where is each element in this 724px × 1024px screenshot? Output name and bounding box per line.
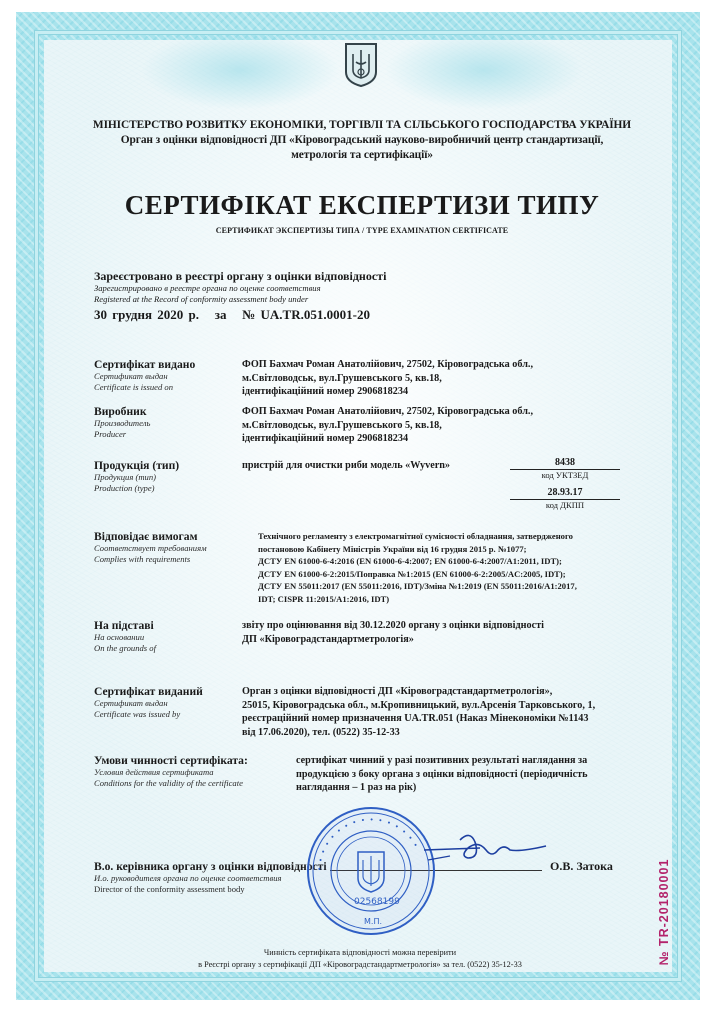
registration-number: № UA.TR.051.0001-20	[242, 307, 370, 322]
registration-label-ru: Зарегистрировано в реестре органа по оце…	[94, 283, 386, 294]
ornament-left	[140, 30, 340, 110]
issued-to-line: м.Світловодськ, вул.Грушевського 5, кв.1…	[242, 372, 642, 386]
issued-to-label-ru: Сертификат выдан	[94, 371, 264, 382]
complies-label: Відповідає вимогам Соответствует требова…	[94, 530, 264, 565]
body-name-line2: метрологія та сертифікації»	[60, 148, 664, 163]
ministry-name: МІНІСТЕРСТВО РОЗВИТКУ ЕКОНОМІКИ, ТОРГІВЛ…	[60, 118, 664, 133]
ornament-right	[384, 30, 584, 110]
product-label-ru: Продукция (тип)	[94, 472, 264, 483]
issued-by-line: Орган з оцінки відповідності ДП «Кіровог…	[242, 685, 642, 699]
certificate-title: СЕРТИФІКАТ ЕКСПЕРТИЗИ ТИПУ	[40, 190, 684, 221]
validity-line: продукцією з боку органа з оцінки відпов…	[296, 768, 656, 782]
validity-value: сертифікат чинний у разі позитивних резу…	[296, 754, 656, 795]
requirement-line: IDT; CISPR 11:2015/A1:2016, IDT)	[258, 593, 668, 606]
requirement-line: Технічного регламенту з електромагнітної…	[258, 530, 668, 543]
verification-note: Чинність сертифіката відповідності можна…	[100, 947, 620, 971]
code-uktzed-value: 8438	[510, 457, 620, 470]
code-uktzed: 8438 код УКТЗЕД	[510, 457, 620, 481]
official-stamp-icon: 02568199 М.П. • • • • • • • • • • • • • …	[304, 804, 438, 938]
issued-by-line: 25015, Кіровоградська обл., м.Кропивниць…	[242, 699, 642, 713]
producer-line: м.Світловодськ, вул.Грушевського 5, кв.1…	[242, 419, 642, 433]
complies-value: Технічного регламенту з електромагнітної…	[258, 530, 668, 605]
verification-note-line1: Чинність сертифіката відповідності можна…	[100, 947, 620, 959]
issued-by-value: Орган з оцінки відповідності ДП «Кіровог…	[242, 685, 642, 739]
requirement-line: постановою Кабінету Міністрів України ві…	[258, 543, 668, 556]
producer-line: ідентифікаційний номер 2906818234	[242, 432, 642, 446]
product-label-uk: Продукція (тип)	[94, 459, 264, 472]
validity-label-en: Conditions for the validity of the certi…	[94, 778, 294, 789]
issued-to-value: ФОП Бахмач Роман Анатолійович, 27502, Кі…	[242, 358, 642, 399]
issued-by-line: реєстраційний номер призначення UA.TR.05…	[242, 712, 642, 726]
validity-line: сертифікат чинний у разі позитивних резу…	[296, 754, 656, 768]
product-label: Продукція (тип) Продукция (тип) Producti…	[94, 459, 264, 494]
issued-to-line: ФОП Бахмач Роман Анатолійович, 27502, Кі…	[242, 358, 642, 372]
code-uktzed-kind: код УКТЗЕД	[510, 470, 620, 481]
issued-to-line: ідентифікаційний номер 2906818234	[242, 385, 642, 399]
producer-label-uk: Виробник	[94, 405, 264, 418]
code-dkpp-kind: код ДКПП	[510, 500, 620, 511]
registration-za: за	[215, 307, 227, 322]
producer-label: Виробник Производитель Producer	[94, 405, 264, 440]
signer-name: О.В. Затока	[550, 859, 613, 874]
requirement-line: ДСТУ EN 61000-6-2:2015/Поправка №1:2015 …	[258, 568, 668, 581]
registration-label-en: Registered at the Record of conformity a…	[94, 294, 386, 305]
producer-label-ru: Производитель	[94, 418, 264, 429]
coat-of-arms-icon	[344, 42, 378, 88]
producer-label-en: Producer	[94, 429, 264, 440]
grounds-label-en: On the grounds of	[94, 643, 264, 654]
issued-by-label-en: Certificate was issued by	[94, 709, 264, 720]
product-label-en: Production (type)	[94, 483, 264, 494]
code-dkpp: 28.93.17 код ДКПП	[510, 487, 620, 511]
requirement-line: ДСТУ EN 55011:2017 (EN 55011:2016, IDT)/…	[258, 580, 668, 593]
grounds-line: ДП «Кіровоградстандартметрологія»	[242, 633, 642, 647]
validity-label-ru: Условия действия сертификата	[94, 767, 294, 778]
grounds-label-uk: На підставі	[94, 619, 264, 632]
requirement-line: ДСТУ EN 61000-6-4:2016 (EN 61000-6-4:200…	[258, 555, 668, 568]
registration-date: 30 грудня 2020 р.	[94, 307, 199, 322]
issued-by-line: від 17.06.2020), тел. (0522) 35-12-33	[242, 726, 642, 740]
validity-label: Умови чинності сертифіката: Условия дейс…	[94, 754, 294, 789]
validity-label-uk: Умови чинності сертифіката:	[94, 754, 294, 767]
registration-number-line: 30 грудня 2020 р. за № UA.TR.051.0001-20	[94, 308, 386, 321]
complies-label-en: Complies with requirements	[94, 554, 264, 565]
complies-label-uk: Відповідає вимогам	[94, 530, 264, 543]
registration-label-uk: Зареєстровано в реєстрі органу з оцінки …	[94, 270, 386, 283]
issued-to-label-uk: Сертифікат видано	[94, 358, 264, 371]
serial-number: № TR-20180001	[654, 850, 674, 980]
validity-line: наглядання – 1 раз на рік)	[296, 781, 656, 795]
issued-to-label: Сертифікат видано Сертификат выдан Certi…	[94, 358, 264, 393]
certificate-subtitle: СЕРТИФИКАТ ЭКСПЕРТИЗЫ ТИПА / TYPE EXAMIN…	[40, 226, 684, 235]
svg-text:М.П.: М.П.	[364, 917, 382, 926]
producer-value: ФОП Бахмач Роман Анатолійович, 27502, Кі…	[242, 405, 642, 446]
issued-by-label: Сертифікат виданий Сертификат выдан Cert…	[94, 685, 264, 720]
issued-by-label-uk: Сертифікат виданий	[94, 685, 264, 698]
grounds-value: звіту про оцінювання від 30.12.2020 орга…	[242, 619, 642, 646]
grounds-label: На підставі На основании On the grounds …	[94, 619, 264, 654]
signature-icon	[420, 820, 550, 880]
serial-number-text: № TR-20180001	[657, 847, 671, 977]
body-name-line1: Орган з оцінки відповідності ДП «Кіровог…	[60, 133, 664, 148]
complies-label-ru: Соответствует требованиям	[94, 543, 264, 554]
issued-to-label-en: Certificate is issued on	[94, 382, 264, 393]
svg-text:02568199: 02568199	[354, 897, 400, 907]
grounds-line: звіту про оцінювання від 30.12.2020 орга…	[242, 619, 642, 633]
grounds-label-ru: На основании	[94, 632, 264, 643]
registration-block: Зареєстровано в реєстрі органу з оцінки …	[94, 270, 386, 321]
verification-note-line2: в Реєстрі органу з сертифікації ДП «Кіро…	[100, 959, 620, 971]
issuing-authority: МІНІСТЕРСТВО РОЗВИТКУ ЕКОНОМІКИ, ТОРГІВЛ…	[60, 118, 664, 163]
issued-by-label-ru: Сертификат выдан	[94, 698, 264, 709]
code-dkpp-value: 28.93.17	[510, 487, 620, 500]
producer-line: ФОП Бахмач Роман Анатолійович, 27502, Кі…	[242, 405, 642, 419]
